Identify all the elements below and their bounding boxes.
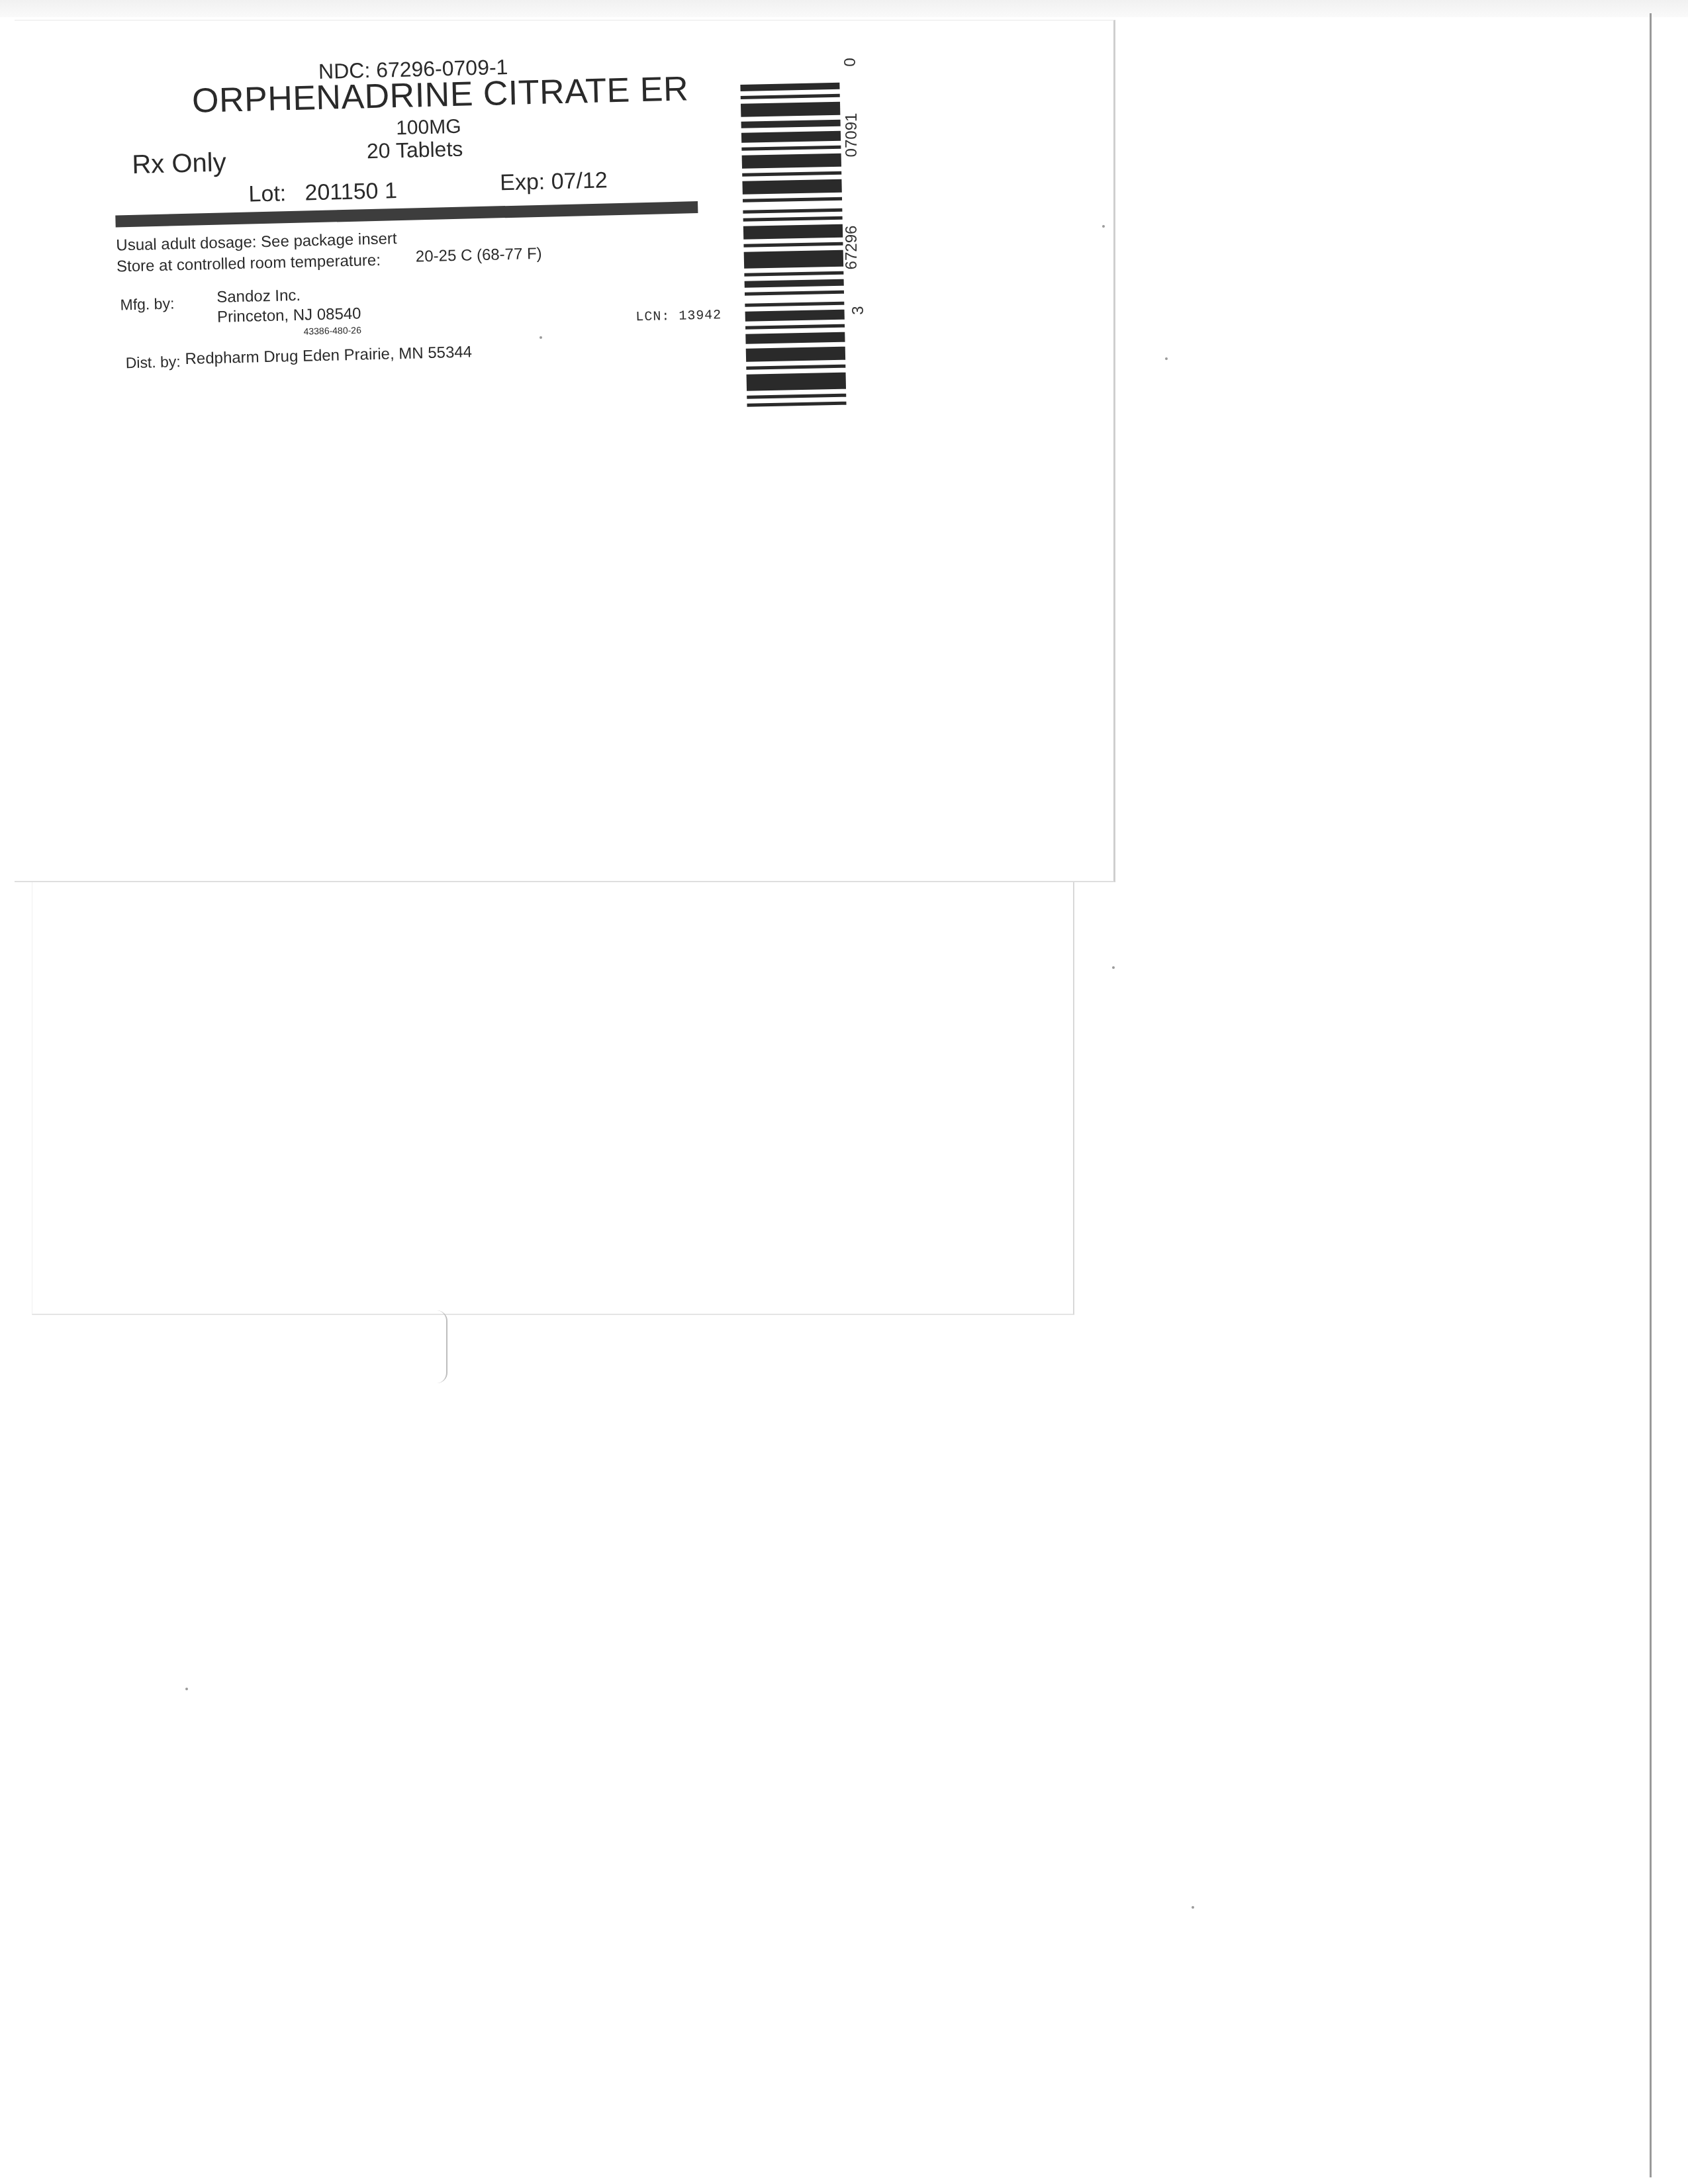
mfg-city: Princeton, NJ 08540	[217, 305, 361, 327]
barcode-bar	[745, 332, 845, 344]
scan-scratch	[437, 1310, 447, 1383]
barcode-bar	[742, 171, 841, 177]
lot-label: Lot:	[248, 181, 287, 207]
barcode-bar	[743, 208, 842, 214]
scan-speck	[1112, 966, 1115, 969]
scan-speck	[1102, 225, 1105, 228]
barcode-digits-labeler: 67296	[843, 226, 861, 270]
lcn-number: LCN: 13942	[635, 308, 722, 325]
barcode-digit-system: 3	[849, 306, 868, 314]
barcode-bar	[743, 224, 843, 240]
barcode-bar	[744, 271, 843, 277]
barcode-bar	[743, 197, 842, 203]
barcode-bar	[745, 302, 844, 307]
barcode-bar	[741, 131, 841, 143]
scan-edge-line	[1650, 13, 1652, 2177]
dist-label: Dist. by:	[125, 353, 181, 372]
scan-speck	[1192, 1906, 1194, 1909]
barcode-bar	[741, 146, 841, 151]
barcode-bars	[740, 83, 844, 310]
barcode-bar	[743, 242, 843, 248]
storage-temp: 20-25 C (68-77 F)	[416, 245, 542, 267]
mfg-name: Sandoz Inc.	[216, 287, 301, 307]
rx-only: Rx Only	[132, 148, 226, 179]
scan-shadow	[0, 0, 1688, 17]
drug-strength: 100MG	[396, 116, 461, 140]
scan-speck	[1165, 357, 1168, 360]
barcode-bar	[743, 216, 843, 222]
storage-text: Store at controlled room temperature:	[117, 251, 381, 277]
lot-number: 201150 1	[305, 178, 397, 206]
barcode-bar	[745, 291, 844, 296]
barcode-bar	[742, 179, 841, 195]
mfg-label: Mfg. by:	[120, 295, 174, 314]
barcode-bar	[747, 373, 846, 391]
barcode-bar	[745, 310, 845, 322]
barcode-bar	[745, 279, 844, 288]
barcode-bar	[742, 154, 841, 169]
barcode-bar	[744, 250, 843, 269]
barcode-digit-check: 0	[841, 58, 860, 66]
barcode-bar	[740, 83, 839, 91]
barcode-digits-product: 07091	[843, 113, 861, 158]
scan-speck	[185, 1688, 188, 1690]
barcode-bar	[741, 102, 840, 117]
barcode-bar	[741, 94, 840, 99]
mfg-code: 43386-480-26	[303, 325, 361, 337]
barcode-bar	[746, 347, 845, 362]
divider-bar	[115, 201, 698, 227]
barcode-bar	[741, 120, 841, 128]
expiration-date: Exp: 07/12	[500, 167, 608, 196]
scan-speck	[539, 336, 542, 339]
tablet-count: 20 Tablets	[367, 137, 463, 164]
drug-name: ORPHENADRINE CITRATE ER	[191, 69, 688, 120]
